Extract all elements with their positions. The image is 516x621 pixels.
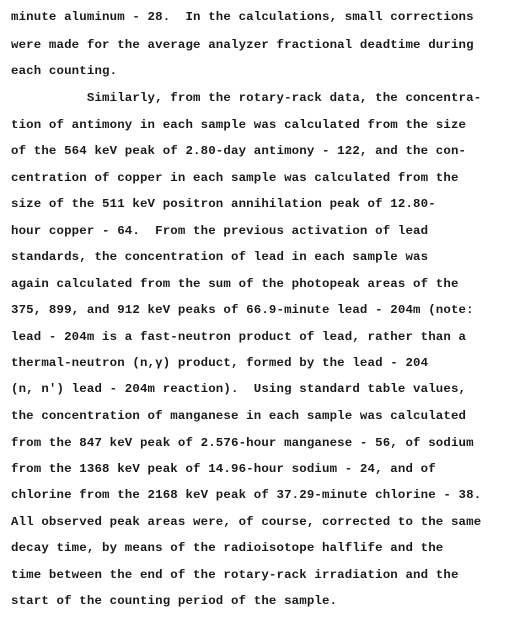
text-line: standards, the concentration of lead in … [11, 250, 428, 264]
text-line: from the 1368 keV peak of 14.96-hour sod… [11, 462, 436, 476]
text-line: All observed peak areas were, of course,… [11, 515, 481, 529]
text-line: (n, n') lead - 204m reaction). Using sta… [11, 382, 466, 396]
text-line: were made for the average analyzer fract… [11, 38, 474, 52]
text-line: size of the 511 keV positron annihilatio… [11, 197, 436, 211]
text-line: each counting. [11, 64, 117, 78]
text-line: of the 564 keV peak of 2.80-day antimony… [11, 144, 466, 158]
text-line: from the 847 keV peak of 2.576-hour mang… [11, 436, 474, 450]
text-line: centration of copper in each sample was … [11, 171, 459, 185]
text-line: Similarly, from the rotary-rack data, th… [11, 91, 481, 105]
text-line: minute aluminum - 28. In the calculation… [11, 10, 474, 24]
text-line: the concentration of manganese in each s… [11, 409, 466, 423]
text-line: lead - 204m is a fast-neutron product of… [11, 330, 466, 344]
text-line: start of the counting period of the samp… [11, 594, 337, 608]
text-line: decay time, by means of the radioisotope… [11, 541, 443, 555]
text-line: 375, 899, and 912 keV peaks of 66.9-minu… [11, 303, 474, 317]
scanned-document-page: minute aluminum - 28. In the calculation… [0, 0, 516, 621]
text-line: time between the end of the rotary-rack … [11, 568, 459, 582]
text-line: thermal-neutron (n,γ) product, formed by… [11, 356, 428, 370]
text-line: tion of antimony in each sample was calc… [11, 118, 466, 132]
text-line: hour copper - 64. From the previous acti… [11, 224, 428, 238]
text-line: chlorine from the 2168 keV peak of 37.29… [11, 488, 481, 502]
text-line: again calculated from the sum of the pho… [11, 277, 459, 291]
